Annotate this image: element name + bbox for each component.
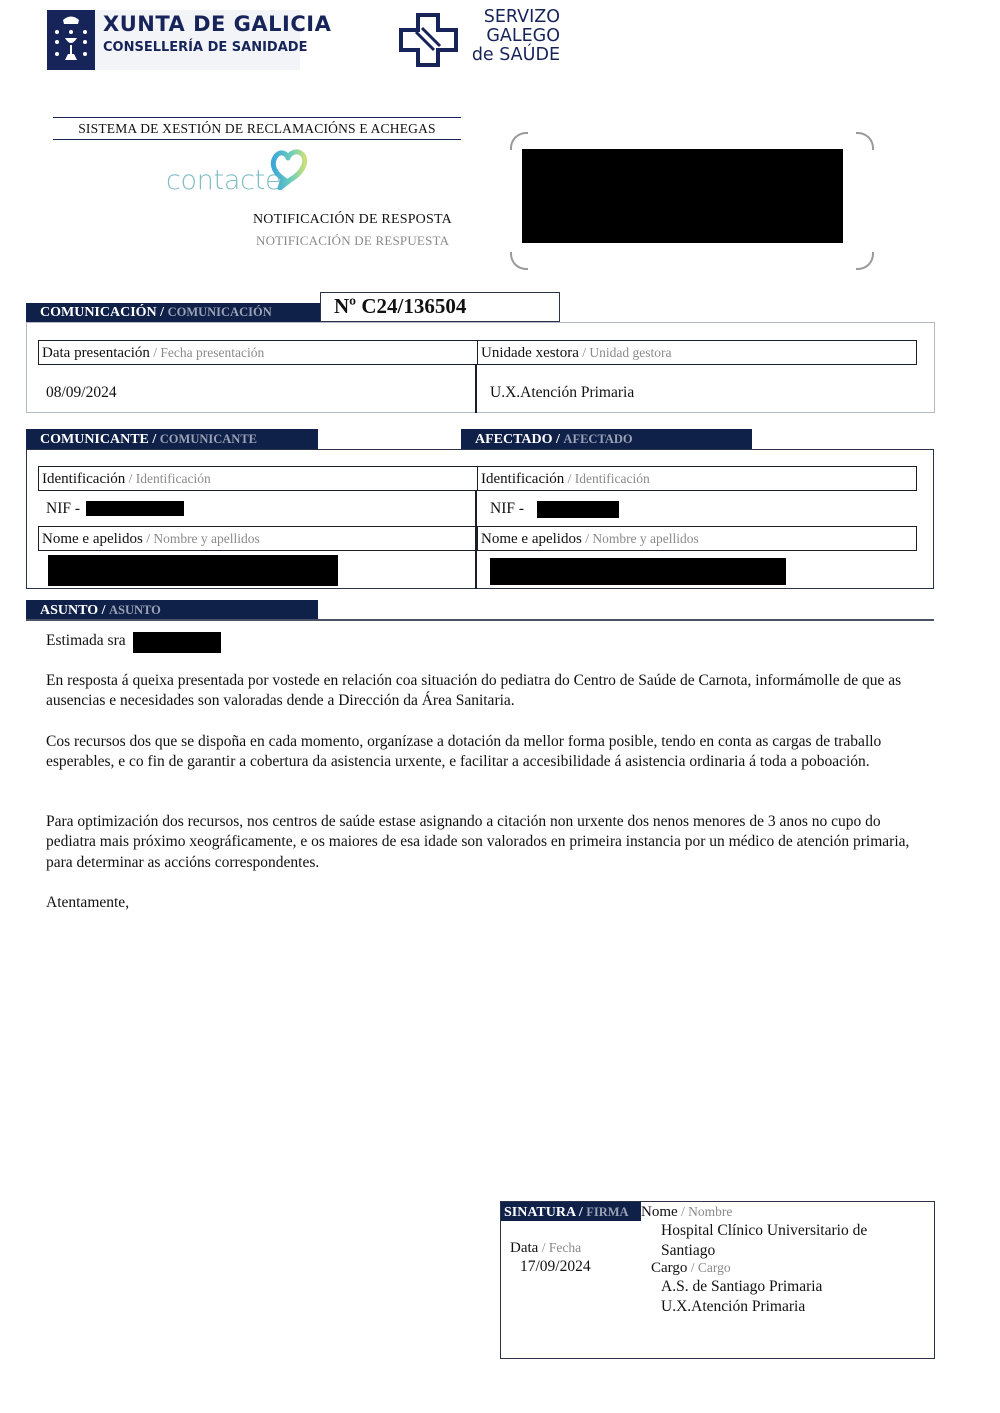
signature-date-label: Data / Fecha <box>510 1238 581 1258</box>
notification-title-gl: NOTIFICACIÓN DE RESPOSTA <box>253 212 452 228</box>
redacted-affected-name <box>490 558 786 585</box>
redacted-communicant-name <box>48 555 338 586</box>
frame-corner <box>856 132 874 150</box>
communicant-name-label: Nome e apelidos / Nombre y apellidos <box>38 526 478 551</box>
system-title: SISTEMA DE XESTIÓN DE RECLAMACIÓNS E ACH… <box>53 117 461 140</box>
body-paragraph-1: En resposta á queixa presentada por vost… <box>46 671 926 712</box>
redacted-communicant-nif <box>86 501 184 516</box>
closing: Atentamente, <box>46 893 129 913</box>
affected-name-label: Nome e apelidos / Nombre y apellidos <box>477 526 917 551</box>
galicia-coat-of-arms-icon <box>47 10 95 70</box>
affected-section-header: AFECTADO / AFECTADO <box>461 429 752 449</box>
frame-corner <box>856 252 874 270</box>
affected-id-label: Identificación / Identificación <box>477 466 917 491</box>
signature-position-value-1: A.S. de Santiago Primaria <box>661 1277 822 1297</box>
signature-name-value-1: Hospital Clínico Universitario de <box>661 1221 867 1241</box>
communication-box <box>26 322 935 413</box>
redacted-address <box>522 149 843 243</box>
communication-number: Nº C24/136504 <box>320 292 560 322</box>
signature-date-value: 17/09/2024 <box>520 1257 591 1277</box>
communicant-section-header: COMUNICANTE / COMUNICANTE <box>26 429 318 449</box>
signature-position-value-2: U.X.Atención Primaria <box>661 1297 805 1317</box>
signature-position-label: Cargo / Cargo <box>651 1258 731 1278</box>
signature-name-label: Nome / Nombre <box>641 1202 732 1222</box>
communicant-id-label: Identificación / Identificación <box>38 466 478 491</box>
date-presented-label: Data presentación / Fecha presentación <box>38 340 478 365</box>
managing-unit-value: U.X.Atención Primaria <box>490 383 634 403</box>
communicant-nif-prefix: NIF - <box>46 499 80 519</box>
xunta-de-galicia-logo: XUNTA DE GALICIA CONSELLERÍA DE SANIDADE <box>47 10 300 70</box>
address-window <box>510 132 874 270</box>
body-paragraph-3: Para optimización dos recursos, nos cent… <box>46 812 926 873</box>
body-paragraph-2: Cos recursos dos que se dispoña en cada … <box>46 732 931 773</box>
communication-section-header: COMUNICACIÓN / COMUNICACIÓN <box>26 303 320 322</box>
greeting: Estimada sra <box>46 631 126 651</box>
subject-section-header: ASUNTO / ASUNTO <box>26 600 318 620</box>
notification-title-es: NOTIFICACIÓN DE RESPUESTA <box>256 233 449 249</box>
contacte-logo: contacte <box>166 165 281 196</box>
xunta-title: XUNTA DE GALICIA <box>103 12 331 36</box>
sergas-logo-text: SERVIZO GALEGO de SAÚDE <box>462 8 560 65</box>
redacted-recipient-name <box>133 632 221 653</box>
managing-unit-label: Unidade xestora / Unidad gestora <box>477 340 917 365</box>
frame-corner <box>510 252 528 270</box>
xunta-subtitle: CONSELLERÍA DE SANIDADE <box>103 40 307 55</box>
sergas-cross-icon <box>398 12 460 68</box>
redacted-affected-nif <box>537 501 619 518</box>
affected-nif-prefix: NIF - <box>490 499 524 519</box>
date-presented-value: 08/09/2024 <box>46 383 117 403</box>
frame-corner <box>510 132 528 150</box>
heart-bubble-icon <box>266 146 310 190</box>
signature-section-header: SINATURA / FIRMA <box>501 1202 641 1221</box>
